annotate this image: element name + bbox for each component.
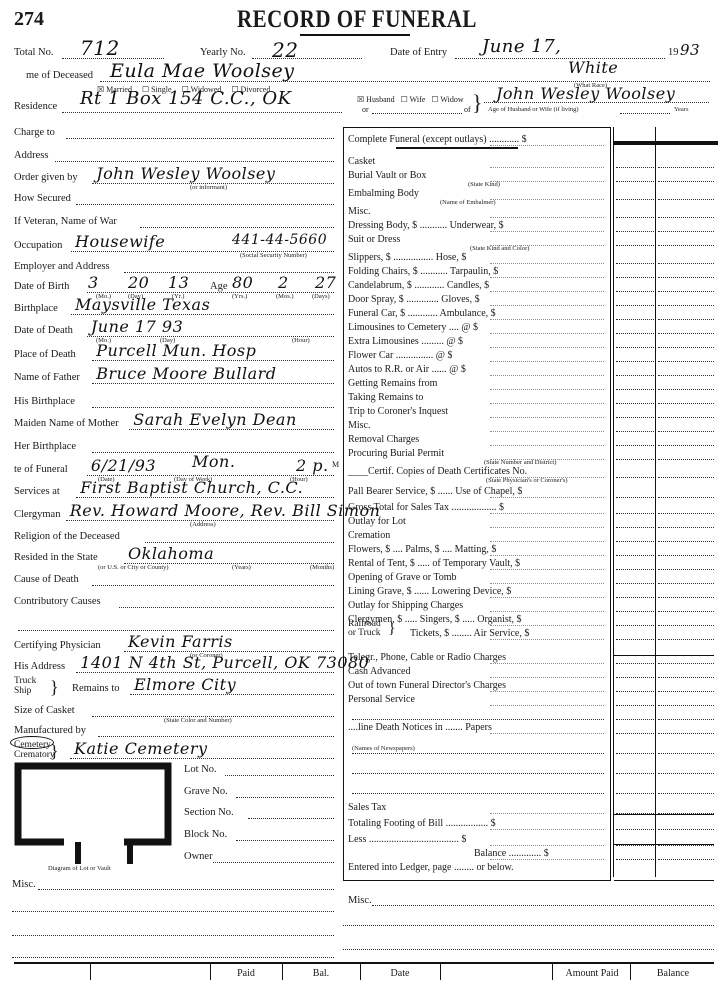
amount-cell[interactable] (616, 569, 654, 570)
charge-row[interactable]: Misc. (348, 420, 371, 431)
amount-cell[interactable] (616, 639, 654, 640)
services-at-label: Services at (14, 486, 60, 497)
lot-misc-label: Misc. (12, 879, 36, 890)
lot-diagram[interactable] (14, 762, 174, 866)
amount-cell[interactable] (658, 319, 714, 320)
order-given-by-caption: (or informant) (190, 184, 227, 191)
religion-of-the-deceased-label: Religion of the Deceased (14, 531, 120, 542)
charge-row[interactable]: Outlay for Shipping Charges (348, 600, 463, 611)
amount-cell[interactable] (658, 181, 714, 182)
resided-in-the-state-caption: (or U.S. or City or County) (98, 564, 169, 571)
owner-field[interactable] (213, 862, 334, 863)
remains-to-label-bottom: Ship (14, 686, 31, 696)
amount-cell[interactable] (658, 263, 714, 264)
amount-cell[interactable] (658, 375, 714, 376)
certifying-physician-value[interactable]: Kevin Farris (128, 632, 233, 651)
charge-row[interactable]: Cash Advanced (348, 666, 411, 677)
date-of-death-label: Date of Death (14, 325, 73, 336)
resided-in-the-state-caption: (Months) (310, 564, 334, 571)
spouse-years-label: Years (674, 106, 689, 113)
ledger-header-date: Date (360, 968, 440, 979)
clergyman-value[interactable]: Rev. Howard Moore, Rev. Bill Simon (70, 501, 381, 520)
manufactured-by-label: Manufactured by (14, 725, 86, 736)
charge-row[interactable]: Autos to R.R. or Air ...... @ $ (348, 364, 466, 375)
charge-row[interactable]: Complete Funeral (except outlays) ......… (348, 134, 527, 145)
funeral-day-value[interactable]: Mon. (192, 452, 235, 471)
name-of-father-value[interactable]: Bruce Moore Bullard (96, 364, 276, 383)
charge-row[interactable]: Slippers, $ ................ Hose, $ (348, 252, 466, 263)
date-of-death-value[interactable]: June 17 93 (91, 317, 183, 336)
charge-row[interactable]: Outlay for Lot (348, 516, 406, 527)
amount-cell[interactable] (616, 793, 654, 794)
spouse-widow[interactable]: ☐ Widow (431, 95, 463, 104)
amount-cell[interactable] (616, 497, 654, 498)
charge-row[interactable]: Trip to Coroner's Inquest (348, 406, 448, 417)
birth-mo[interactable]: 3 (88, 273, 99, 292)
amount-cell[interactable] (658, 445, 714, 446)
amount-cell[interactable] (616, 527, 654, 528)
charge-row[interactable]: Door Spray, $ ............. Gloves, $ (348, 294, 480, 305)
amount-cell[interactable] (616, 813, 654, 814)
occupation-value[interactable]: Housewife (75, 232, 165, 251)
funeral-hour-value[interactable]: 2 p. (296, 456, 329, 475)
birth-yr[interactable]: 13 (168, 273, 189, 292)
amount-cell[interactable] (616, 829, 654, 830)
charge-row[interactable]: Gross Total for Sales Tax ..............… (348, 502, 504, 513)
amount-cell[interactable] (616, 347, 654, 348)
charge-row[interactable]: Out of town Funeral Director's Charges (348, 680, 506, 691)
charge-row[interactable]: Lining Grave, $ ...... Lowering Device, … (348, 586, 511, 597)
charge-row[interactable]: Procuring Burial Permit (348, 448, 444, 459)
railroad-label-bottom: or Truck (348, 629, 380, 638)
date-of-entry-label: Date of Entry (390, 47, 447, 58)
total-no-value[interactable]: 712 (80, 36, 120, 60)
charge-row[interactable]: Burial Vault or Box (348, 170, 426, 181)
amount-cell[interactable] (616, 705, 654, 706)
amount-cell[interactable] (658, 625, 714, 626)
te-of-funeral-label: te of Funeral (14, 464, 68, 475)
amount-cell[interactable] (616, 663, 654, 664)
amount-cell[interactable] (616, 417, 654, 418)
amount-cell[interactable] (658, 829, 714, 830)
charge-row[interactable]: Tickets, $ ........ Air Service, $ (410, 628, 529, 639)
charge-row[interactable]: Getting Remains from (348, 378, 437, 389)
amount-cell[interactable] (616, 513, 654, 514)
newspapers-caption: (Names of Newspapers) (352, 745, 415, 752)
remains-to-value[interactable]: Elmore City (134, 675, 236, 694)
amount-cell[interactable] (658, 417, 714, 418)
charge-to-label: Charge to (14, 127, 55, 138)
charge-row[interactable]: Folding Chairs, $ ........... Tarpaulin,… (348, 266, 498, 277)
charge-row[interactable]: Taking Remains to (348, 392, 423, 403)
amount-cell[interactable] (616, 291, 654, 292)
birthplace-label: Birthplace (14, 303, 58, 314)
amount-cell[interactable] (616, 403, 654, 404)
amount-cell[interactable] (658, 527, 714, 528)
her-birthplace-label: Her Birthplace (14, 441, 76, 452)
amount-cell[interactable] (658, 361, 714, 362)
occupation-label: Occupation (14, 240, 62, 251)
if-veteran-name-of-war-label: If Veteran, Name of War (14, 216, 117, 227)
charge-row[interactable]: Opening of Grave or Tomb (348, 572, 457, 583)
amount-cell[interactable] (658, 199, 714, 200)
race-value[interactable]: White (568, 58, 618, 77)
birth-day[interactable]: 20 (128, 273, 149, 292)
amount-cell[interactable] (658, 403, 714, 404)
charge-caption: (State Kind and Color) (470, 245, 529, 252)
charge-row[interactable]: Funeral Car, $ ............ Ambulance, $ (348, 308, 496, 319)
amount-cell[interactable] (658, 813, 714, 814)
charge-row[interactable]: Cremation (348, 530, 390, 541)
charge-caption: (State Number and District) (484, 459, 556, 466)
amount-cell[interactable] (658, 705, 714, 706)
charge-row[interactable]: Personal Service (348, 694, 415, 705)
deceased-name-label: me of Deceased (26, 70, 93, 81)
amount-cell[interactable] (616, 431, 654, 432)
charge-row[interactable]: Flowers, $ .... Palms, $ .... Matting, $ (348, 544, 496, 555)
remains-to-label: Remains to (72, 683, 120, 694)
amount-cell[interactable] (616, 753, 654, 754)
lot-no-label: Lot No. (184, 764, 217, 775)
maiden-name-of-mother-value[interactable]: Sarah Evelyn Dean (133, 410, 296, 429)
cause-of-death-label: Cause of Death (14, 574, 79, 585)
date-of-birth-label: Date of Birth (14, 281, 69, 292)
ledger-header-bal: Bal. (282, 968, 360, 979)
amount-cell[interactable] (658, 753, 714, 754)
amount-cell[interactable] (616, 859, 654, 860)
amount-cell[interactable] (658, 677, 714, 678)
charge-row[interactable]: Extra Limousines ......... @ $ (348, 336, 463, 347)
ssn-value[interactable]: 441-44-5660 (232, 232, 327, 248)
owner-label: Owner (184, 851, 213, 862)
amount-cell[interactable] (616, 361, 654, 362)
charge-caption: (Name of Embalmer) (440, 199, 496, 206)
age-label: Age (210, 281, 228, 292)
amount-cell[interactable] (616, 389, 654, 390)
date-of-entry-value[interactable]: June 17, (482, 36, 561, 57)
amount-cell[interactable] (658, 719, 714, 720)
residence-value[interactable]: Rt 1 Box 154 C.C., OK (80, 88, 292, 109)
amount-cell[interactable] (658, 691, 714, 692)
amount-cell[interactable] (658, 231, 714, 232)
amount-cell[interactable] (616, 477, 654, 478)
clergyman-caption: (Address) (190, 521, 216, 528)
birth-caption: (Days) (312, 293, 330, 300)
charge-row[interactable]: Candelabrum, $ ............ Candles, $ (348, 280, 489, 291)
spouse-type-group: ☒ Husband ☐ Wife ☐ Widow (357, 95, 464, 104)
remains-to-label-top: Truck (14, 676, 36, 686)
amount-cell[interactable] (658, 793, 714, 794)
amount-cell[interactable] (616, 733, 654, 734)
amount-cell[interactable] (658, 845, 714, 846)
size-of-casket-caption: (State Color and Number) (164, 717, 232, 724)
amount-cell[interactable] (658, 245, 714, 246)
spouse-name-value[interactable]: John Wesley Woolsey (496, 84, 675, 103)
amount-cell[interactable] (616, 305, 654, 306)
amount-cell[interactable] (616, 181, 654, 182)
amount-cell[interactable] (658, 167, 714, 168)
te-of-funeral-value[interactable]: 6/21/93 (91, 456, 156, 475)
amount-cell[interactable] (616, 845, 654, 846)
charge-row[interactable]: ____Certif. Copies of Death Certificates… (348, 466, 527, 477)
deceased-name-value[interactable]: Eula Mae Woolsey (110, 60, 295, 82)
charge-row[interactable]: Balance ............. $ (474, 848, 549, 859)
spouse-husband[interactable]: ☒ Husband (357, 95, 395, 104)
birth-caption: (Mos.) (276, 293, 294, 300)
amount-cell[interactable] (658, 555, 714, 556)
charge-row[interactable]: Totaling Footing of Bill ...............… (348, 818, 496, 829)
ledger-top-rule (14, 962, 714, 964)
amount-cell[interactable] (658, 217, 714, 218)
amount-cell[interactable] (616, 231, 654, 232)
year-prefix: 19 (668, 47, 679, 58)
amount-cell[interactable] (658, 513, 714, 514)
lot-no-field[interactable] (225, 775, 334, 776)
charge-caption: (State Kind) (468, 181, 500, 188)
amount-cell[interactable] (658, 859, 714, 860)
clergyman-label: Clergyman (14, 509, 60, 520)
amount-cell[interactable] (616, 319, 654, 320)
his-address-label: His Address (14, 661, 65, 672)
services-at-value[interactable]: First Baptist Church, C.C. (80, 478, 303, 497)
amount-cell[interactable] (658, 639, 714, 640)
ledger-header-amount-paid: Amount Paid (552, 968, 632, 979)
amount-cell[interactable] (616, 263, 654, 264)
charge-row[interactable]: Misc. (348, 206, 371, 217)
address-label: Address (14, 150, 48, 161)
occupation-caption: (Social Security Number) (240, 252, 307, 259)
cemetery-value[interactable]: Katie Cemetery (74, 739, 208, 758)
charge-row[interactable]: Rental of Tent, $ ..... of Temporary Vau… (348, 558, 520, 569)
charge-row[interactable]: Limousines to Cemetery .... @ $ (348, 322, 478, 333)
amount-cell[interactable] (658, 583, 714, 584)
amount-cell[interactable] (658, 333, 714, 334)
amount-cell[interactable] (658, 277, 714, 278)
birth-age-yrs[interactable]: 80 (232, 273, 253, 292)
amount-cell[interactable] (658, 347, 714, 348)
amount-cell[interactable] (616, 277, 654, 278)
amount-cell[interactable] (658, 389, 714, 390)
his-birthplace-label: His Birthplace (14, 396, 75, 407)
charge-caption: (State Physician's or Coroner's) (486, 477, 568, 484)
amount-cell[interactable] (616, 245, 654, 246)
resided-in-the-state-value[interactable]: Oklahoma (128, 544, 214, 563)
amount-cell[interactable] (616, 167, 654, 168)
certifying-physician-label: Certifying Physician (14, 640, 101, 651)
amount-cell[interactable] (658, 459, 714, 460)
charges-misc-label: Misc. (348, 895, 372, 906)
amount-cell[interactable] (616, 719, 654, 720)
amount-cell[interactable] (616, 625, 654, 626)
birth-age-mos[interactable]: 2 (278, 273, 289, 292)
charge-row[interactable]: Flower Car ............... @ $ (348, 350, 452, 361)
resided-in-the-state-caption: (Years) (232, 564, 251, 571)
cemetery-circle-mark (10, 736, 54, 749)
grave-no-label: Grave No. (184, 786, 228, 797)
amount-cell[interactable] (658, 431, 714, 432)
charge-row[interactable]: Less ...................................… (348, 834, 466, 845)
charge-row[interactable]: Suit or Dress (348, 234, 400, 245)
resided-in-the-state-label: Resided in the State (14, 552, 98, 563)
charge-row[interactable]: Removal Charges (348, 434, 419, 445)
amount-cell[interactable] (616, 583, 654, 584)
amount-cell[interactable] (658, 477, 714, 478)
contributory-causes-label: Contributory Causes (14, 596, 101, 607)
amount-cell[interactable] (658, 611, 714, 612)
amount-cell[interactable] (658, 597, 714, 598)
spouse-or: or (362, 105, 369, 114)
place-of-death-value[interactable]: Purcell Mun. Hosp (96, 341, 256, 360)
charge-row[interactable]: ....line Death Notices in ....... Papers (348, 722, 492, 733)
year-value[interactable]: 93 (680, 41, 700, 59)
amount-cell[interactable] (658, 663, 714, 664)
place-of-death-label: Place of Death (14, 349, 76, 360)
ledger-header-balance: Balance (632, 968, 714, 979)
how-secured-label: How Secured (14, 193, 71, 204)
amount-cell[interactable] (616, 199, 654, 200)
amount-cell[interactable] (616, 611, 654, 612)
amount-cell[interactable] (616, 217, 654, 218)
maiden-name-of-mother-label: Maiden Name of Mother (14, 418, 119, 429)
amount-cell[interactable] (616, 555, 654, 556)
amount-cell[interactable] (658, 497, 714, 498)
order-given-by-label: Order given by (14, 172, 78, 183)
charge-row[interactable]: Casket (348, 156, 375, 167)
amount-cell[interactable] (616, 773, 654, 774)
section-no-label: Section No. (184, 807, 234, 818)
block-no-label: Block No. (184, 829, 227, 840)
order-given-by-value[interactable]: John Wesley Woolsey (96, 164, 275, 183)
amount-cell[interactable] (616, 691, 654, 692)
date-of-death-caption: (Hour) (292, 337, 310, 344)
amount-cell[interactable] (616, 333, 654, 334)
birthplace-value[interactable]: Maysville Texas (75, 295, 210, 314)
birth-caption: (Yrs.) (232, 293, 247, 300)
residence-label: Residence (14, 101, 57, 112)
size-of-casket-label: Size of Casket (14, 705, 75, 716)
total-no-label: Total No. (14, 47, 54, 58)
amount-cell[interactable] (616, 541, 654, 542)
birth-age-days[interactable]: 27 (315, 273, 336, 292)
amount-column-divider-2 (655, 127, 656, 877)
amount-cell[interactable] (658, 733, 714, 734)
charge-row[interactable]: Sales Tax (348, 802, 386, 813)
amount-cell[interactable] (658, 569, 714, 570)
spouse-age-caption: Age of Husband or Wife (if living) (488, 106, 579, 113)
amount-cell[interactable] (616, 445, 654, 446)
amount-cell[interactable] (658, 773, 714, 774)
amount-cell[interactable] (616, 375, 654, 376)
spouse-wife[interactable]: ☐ Wife (401, 95, 426, 104)
funeral-hour-suffix: M (332, 460, 339, 469)
spouse-of: of (464, 105, 471, 114)
charge-row[interactable]: Dressing Body, $ ........... Underwear, … (348, 220, 504, 231)
title-underline (300, 34, 410, 36)
name-of-father-label: Name of Father (14, 372, 80, 383)
charge-row[interactable]: Telegr., Phone, Cable or Radio Charges (348, 652, 506, 663)
cemetery-label-bottom: Crematory (14, 750, 55, 760)
amount-cell[interactable] (616, 459, 654, 460)
section-no-field[interactable] (248, 818, 334, 819)
charge-row[interactable]: Pall Bearer Service, $ ...... Use of Cha… (348, 486, 522, 497)
ledger-header-paid: Paid (210, 968, 282, 979)
amount-column-divider (613, 127, 614, 877)
employer-and-address-label: Employer and Address (14, 261, 110, 272)
amount-cell[interactable] (658, 541, 714, 542)
diagram-caption: Diagram of Lot or Vault (48, 865, 111, 872)
page-number: 274 (14, 8, 44, 31)
amount-cell[interactable] (658, 291, 714, 292)
yearly-no-value[interactable]: 22 (272, 38, 298, 62)
charge-row[interactable]: Entered into Ledger, page ........ or be… (348, 862, 514, 873)
his-address-value[interactable]: 1401 N 4th St, Purcell, OK 73080 (80, 653, 369, 672)
grave-no-field[interactable] (236, 797, 334, 798)
amount-cell[interactable] (658, 305, 714, 306)
page-title: RECORD OF FUNERAL (237, 4, 477, 34)
block-no-field[interactable] (236, 840, 334, 841)
amount-cell[interactable] (616, 677, 654, 678)
yearly-no-label: Yearly No. (200, 47, 246, 58)
charge-row[interactable]: Embalming Body (348, 188, 419, 199)
amount-cell[interactable] (616, 597, 654, 598)
